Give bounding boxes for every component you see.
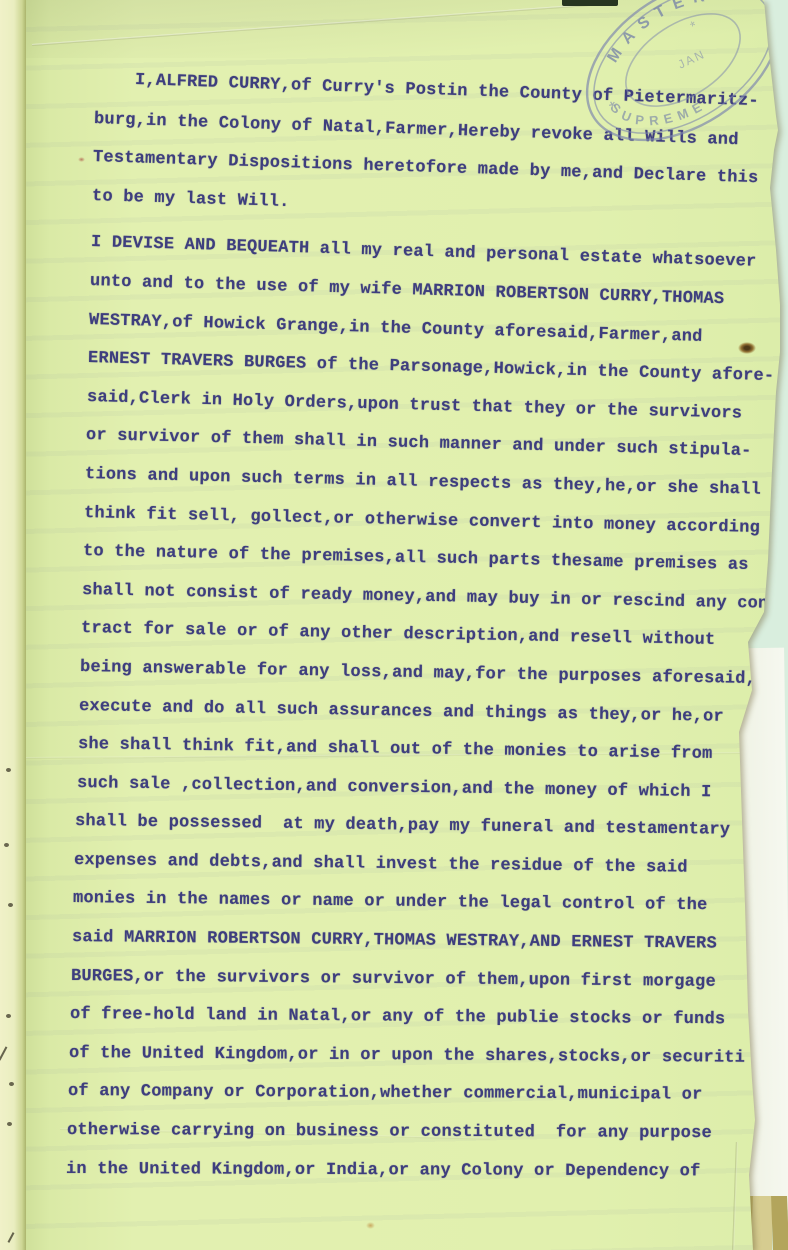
stamp-date-text: JAN — [676, 47, 708, 72]
text-line: of any Company or Corporation,whether co… — [68, 1073, 780, 1116]
paragraph: I DEVISE AND BEQUEATH all my real and pe… — [26, 224, 780, 1189]
text-line: of the United Kingdom,or in or upon the … — [69, 1035, 780, 1079]
text-line: in the United Kingdom,or India,or any Co… — [66, 1151, 780, 1192]
stitch-mark — [4, 843, 9, 847]
text-line: otherwise carrying on business or consti… — [67, 1112, 780, 1154]
top-edge-object — [562, 0, 618, 6]
will-text: I,ALFRED CURRY,of Curry's Postin the Cou… — [26, 62, 780, 1189]
document-page-wrapper: MASTER SUPREME JAN * * I,ALFRED CURRY,of… — [0, 0, 788, 1250]
scan-background: { "page": { "kind": "scanned typewritten… — [0, 0, 788, 1250]
svg-text:SUPREME: SUPREME — [606, 60, 711, 156]
text-line: of free-hold land in Natal,or any of the… — [70, 996, 780, 1040]
stamp-outer-ring — [558, 0, 788, 172]
stitch-mark — [6, 768, 11, 772]
document-page: MASTER SUPREME JAN * * I,ALFRED CURRY,of… — [26, 0, 780, 1250]
oval-stamp: MASTER SUPREME JAN * * — [556, 0, 788, 172]
stamp-star-inner: * — [687, 17, 701, 34]
stamp-left-text: SUPREME — [606, 60, 711, 156]
stamp-outer-ring-2 — [568, 0, 788, 163]
stitch-mark — [8, 903, 13, 907]
fold-crease — [32, 3, 611, 46]
stitch-mark — [7, 1122, 12, 1126]
paper-stain — [366, 1222, 375, 1229]
stitch-mark — [6, 1014, 11, 1018]
stitch-mark — [9, 1082, 14, 1086]
